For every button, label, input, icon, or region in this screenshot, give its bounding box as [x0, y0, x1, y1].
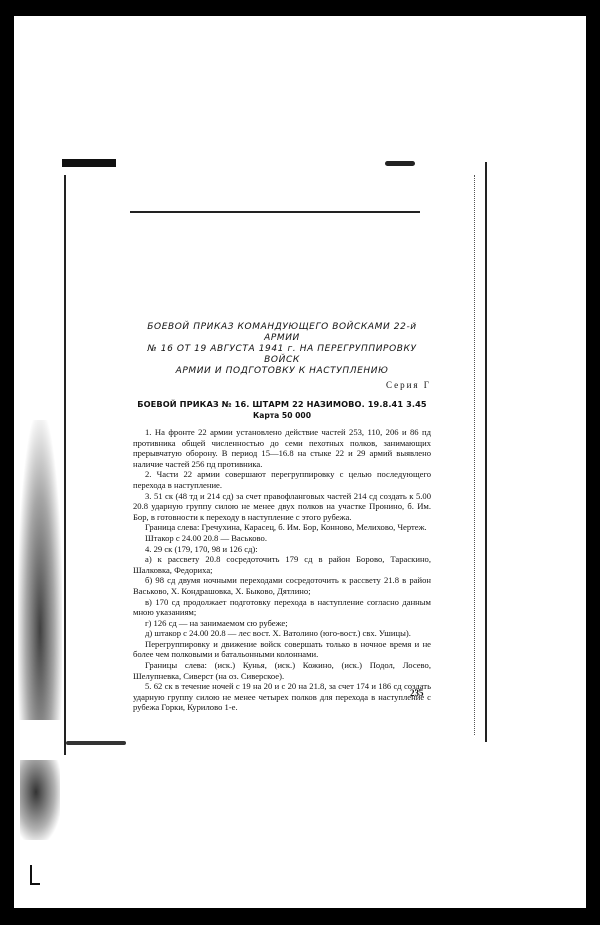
paragraph: д) штакор с 24.00 20.8 — лес вост. Х. Ва… [133, 628, 431, 639]
frame-mark [62, 159, 116, 167]
title-line: БОЕВОЙ ПРИКАЗ КОМАНДУЮЩЕГО ВОЙСКАМИ 22-й… [133, 322, 431, 344]
paragraph: в) 170 сд продолжает подготовку перехода… [133, 597, 431, 618]
paragraph: б) 98 сд двумя ночными переходами сосред… [133, 575, 431, 596]
paragraph: а) к рассвету 20.8 сосредоточить 179 сд … [133, 554, 431, 575]
paragraph: 5. 62 ск в течение ночей с 19 на 20 и с … [133, 681, 431, 713]
series-label: Серия Г [133, 380, 431, 391]
paragraph: Граница слева: Гречухина, Карасец, б. Им… [133, 522, 431, 533]
horizontal-rule [130, 211, 420, 213]
corner-mark [30, 865, 40, 885]
map-scale: Карта 50 000 [133, 410, 431, 421]
frame-border-dotted [474, 175, 476, 735]
scan-stain [20, 760, 60, 840]
paragraph: Границы слева: (иск.) Кунья, (иск.) Кожи… [133, 660, 431, 681]
title-line: АРМИИ И ПОДГОТОВКУ К НАСТУПЛЕНИЮ [133, 366, 431, 377]
paragraph: 2. Части 22 армии совершают перегруппиро… [133, 469, 431, 490]
page-number: 235 [410, 688, 424, 698]
paragraph: 1. На фронте 22 армии установлено действ… [133, 427, 431, 469]
frame-mark [66, 741, 126, 745]
frame-border-left [64, 175, 66, 755]
frame-border-right [485, 162, 487, 742]
paragraph: Штакор с 24.00 20.8 — Васьково. [133, 533, 431, 544]
paragraph: Перегруппировку и движение войск соверша… [133, 639, 431, 660]
frame-mark [385, 161, 415, 166]
paragraph: 4. 29 ск (179, 170, 98 и 126 сд): [133, 544, 431, 555]
paragraph: г) 126 сд — на занимаемом сю рубеже; [133, 618, 431, 629]
document-body: БОЕВОЙ ПРИКАЗ КОМАНДУЮЩЕГО ВОЙСКАМИ 22-й… [133, 322, 431, 713]
scan-stain [18, 420, 62, 720]
paragraph: 3. 51 ск (48 тд и 214 сд) за счет правоф… [133, 491, 431, 523]
document-title: БОЕВОЙ ПРИКАЗ КОМАНДУЮЩЕГО ВОЙСКАМИ 22-й… [133, 322, 431, 377]
title-line: № 16 ОТ 19 АВГУСТА 1941 г. НА ПЕРЕГРУППИ… [133, 344, 431, 366]
order-heading: БОЕВОЙ ПРИКАЗ № 16. ШТАРМ 22 НАЗИМОВО. 1… [133, 399, 431, 410]
